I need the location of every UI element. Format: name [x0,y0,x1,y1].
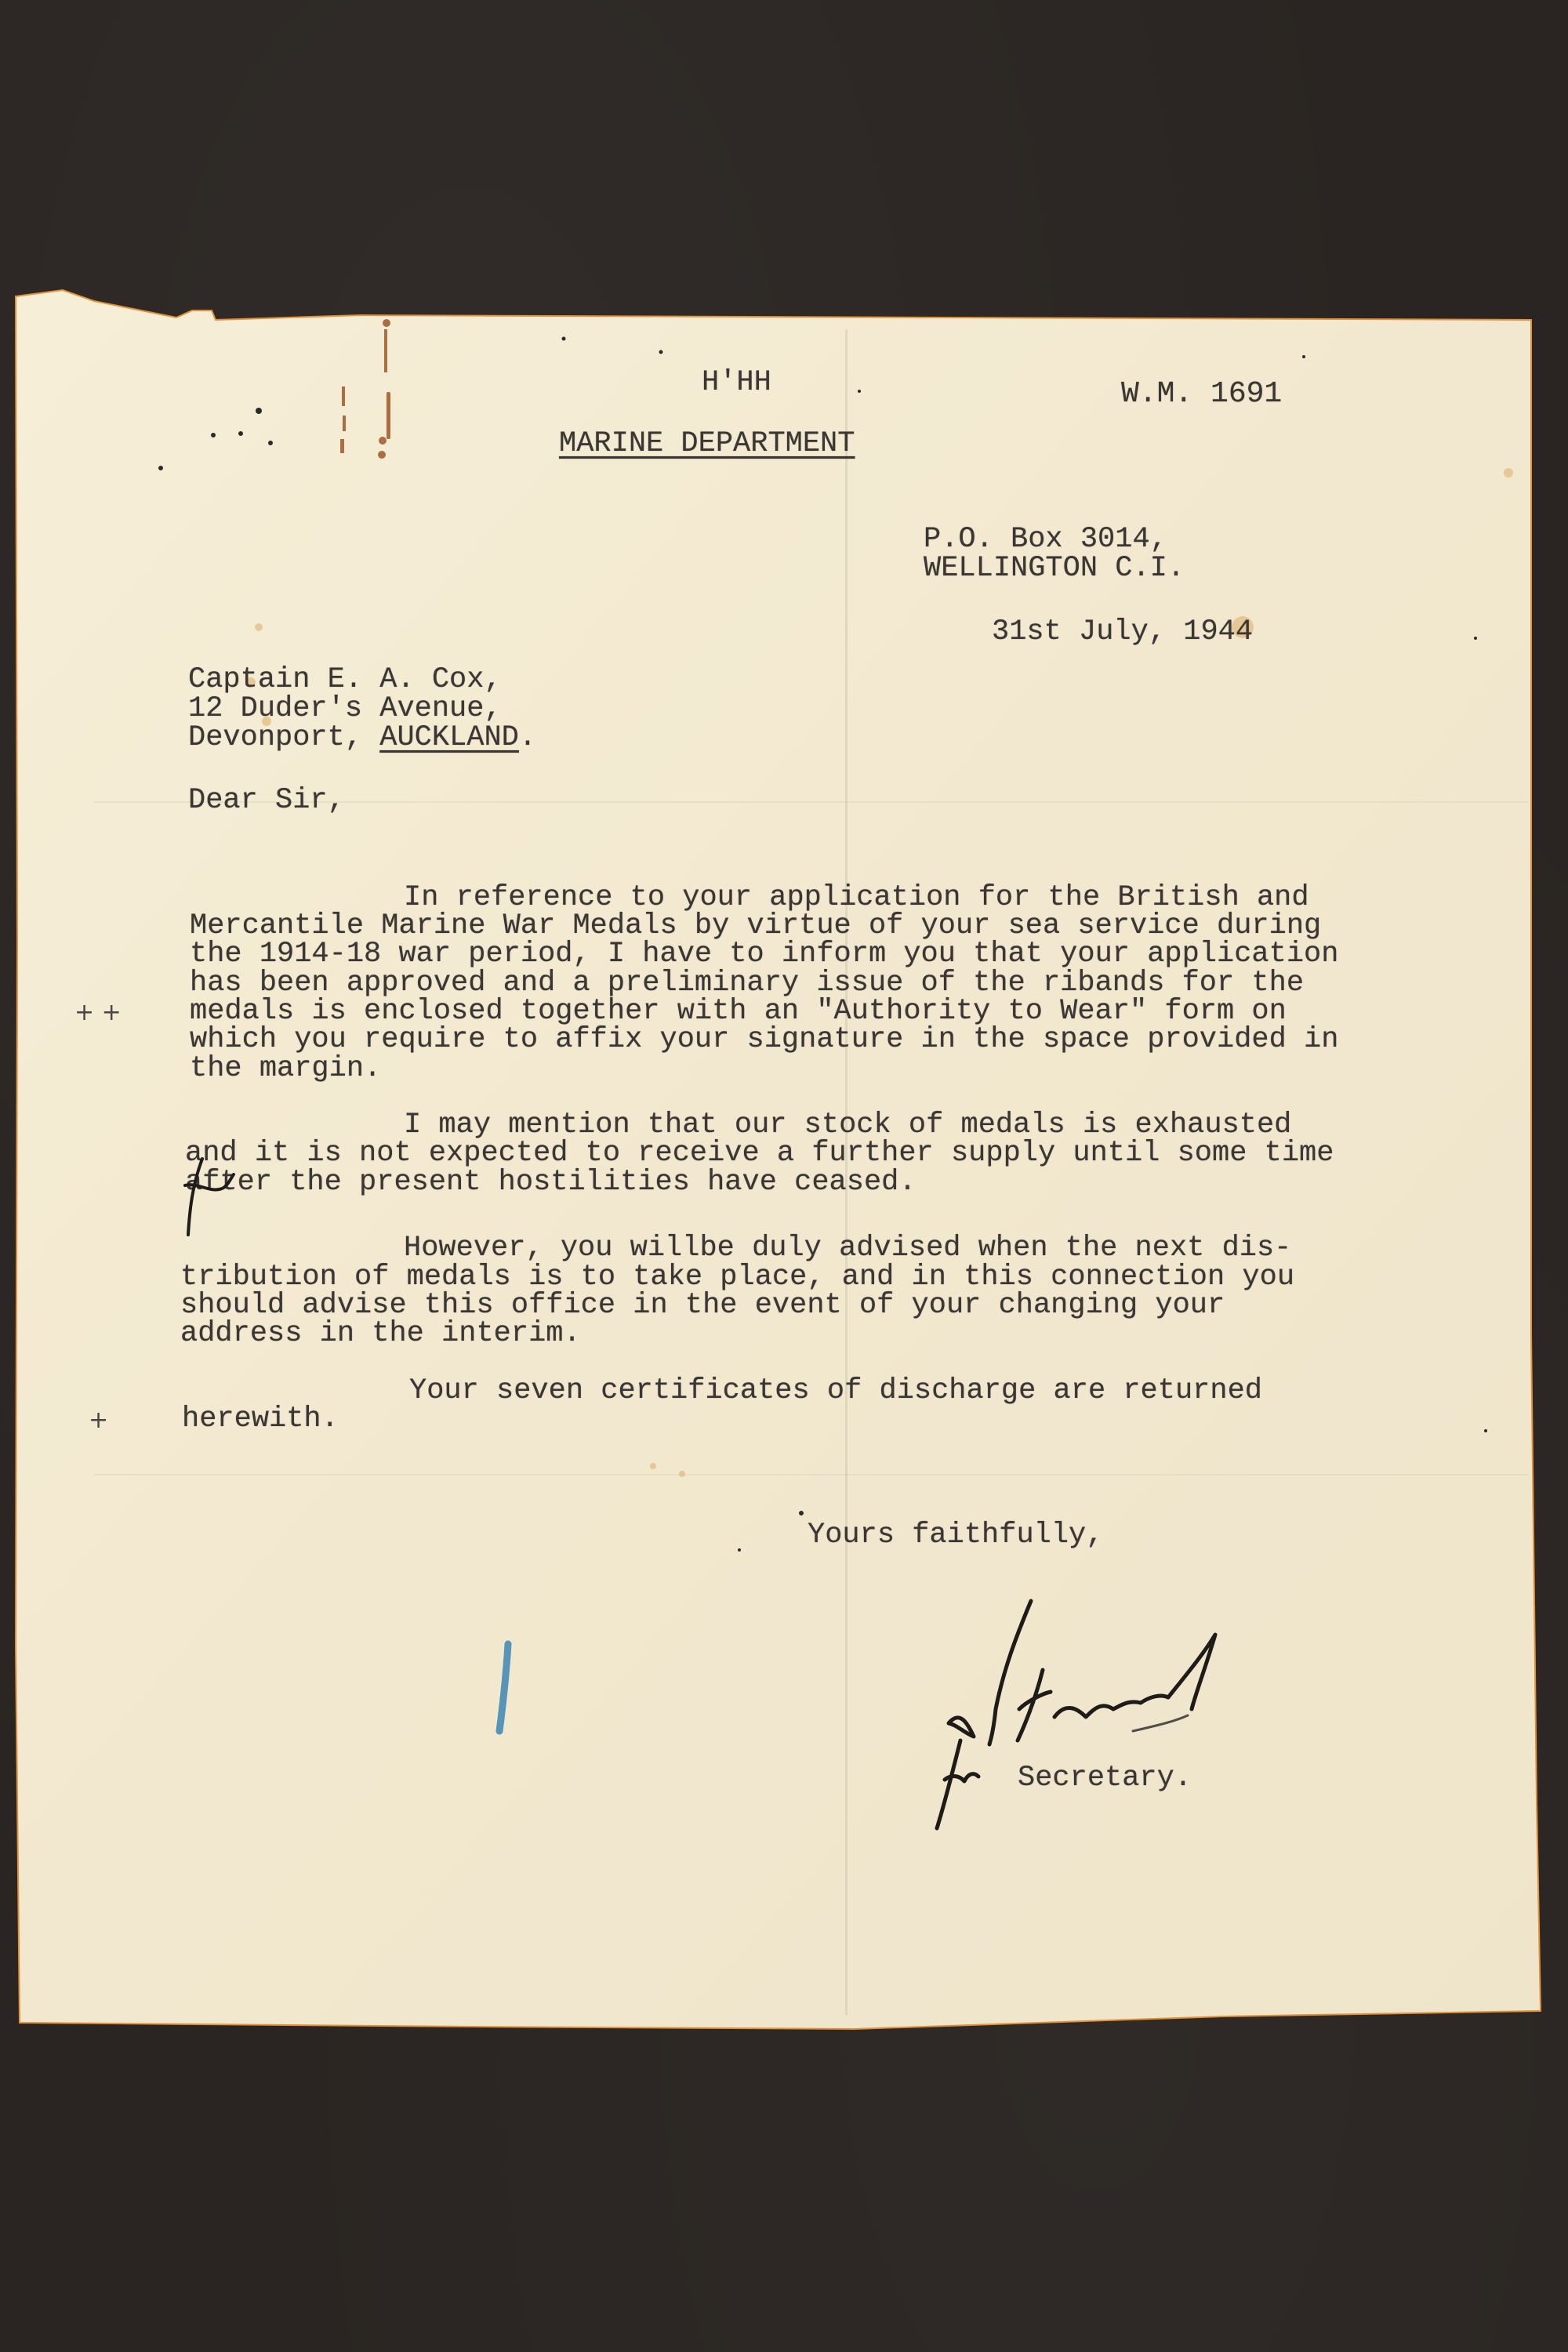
paragraph-line: herewith. [182,1405,339,1434]
reference-number: W.M. 1691 [1121,379,1282,408]
sender-address-line1: P.O. Box 3014, [924,525,1167,554]
paragraph-line: Mercantile Marine War Medals by virtue o… [190,912,1321,941]
paragraph-line: the 1914-18 war period, I have to inform… [190,940,1338,969]
paragraph-line: medals is enclosed together with an "Aut… [190,997,1287,1026]
paragraph-line: However, you willbe duly advised when th… [404,1234,1291,1263]
paragraph-line: tribution of medals is to take place, an… [180,1263,1294,1292]
recipient-city: AUCKLAND [379,721,519,754]
margin-mark: + + [74,999,122,1026]
recipient-punct: . [519,721,536,754]
paragraph-line: should advise this office in the event o… [180,1291,1225,1320]
header-initials: H'HH [702,368,771,397]
recipient-line3: Devonport, AUCKLAND. [188,724,536,753]
salutation: Dear Sir, [188,786,345,815]
crease-line [94,1474,1529,1475]
paragraph-line: Your seven certificates of discharge are… [409,1377,1262,1406]
paragraph-line: In reference to your application for the… [404,884,1309,913]
paragraph-line: the margin. [190,1054,381,1083]
department-heading: MARINE DEPARTMENT [559,430,855,459]
paragraph-line: which you require to affix your signatur… [190,1025,1338,1054]
paragraph-line: I may mention that our stock of medals i… [404,1111,1291,1140]
recipient-line1: Captain E. A. Cox, [188,666,502,695]
paragraph-line: has been approved and a preliminary issu… [190,969,1304,998]
handwritten-correction [179,1152,241,1239]
recipient-town: Devonport, [188,721,379,754]
paragraph-line: after the present hostilities have cease… [185,1168,916,1197]
recipient-line2: 12 Duder's Avenue, [188,695,502,724]
margin-mark: + [89,1406,108,1434]
handwritten-signature [925,1592,1348,1842]
letter-paper: H'HH W.M. 1691 MARINE DEPARTMENT P.O. Bo… [0,0,1568,2352]
closing: Yours faithfully, [808,1521,1103,1550]
paragraph-line: and it is not expected to receive a furt… [185,1139,1334,1168]
sender-address-line2: WELLINGTON C.I. [924,554,1185,583]
signature-title: Secretary. [1018,1764,1192,1793]
paragraph-line: address in the interim. [180,1319,581,1348]
letter-date: 31st July, 1944 [992,618,1253,647]
